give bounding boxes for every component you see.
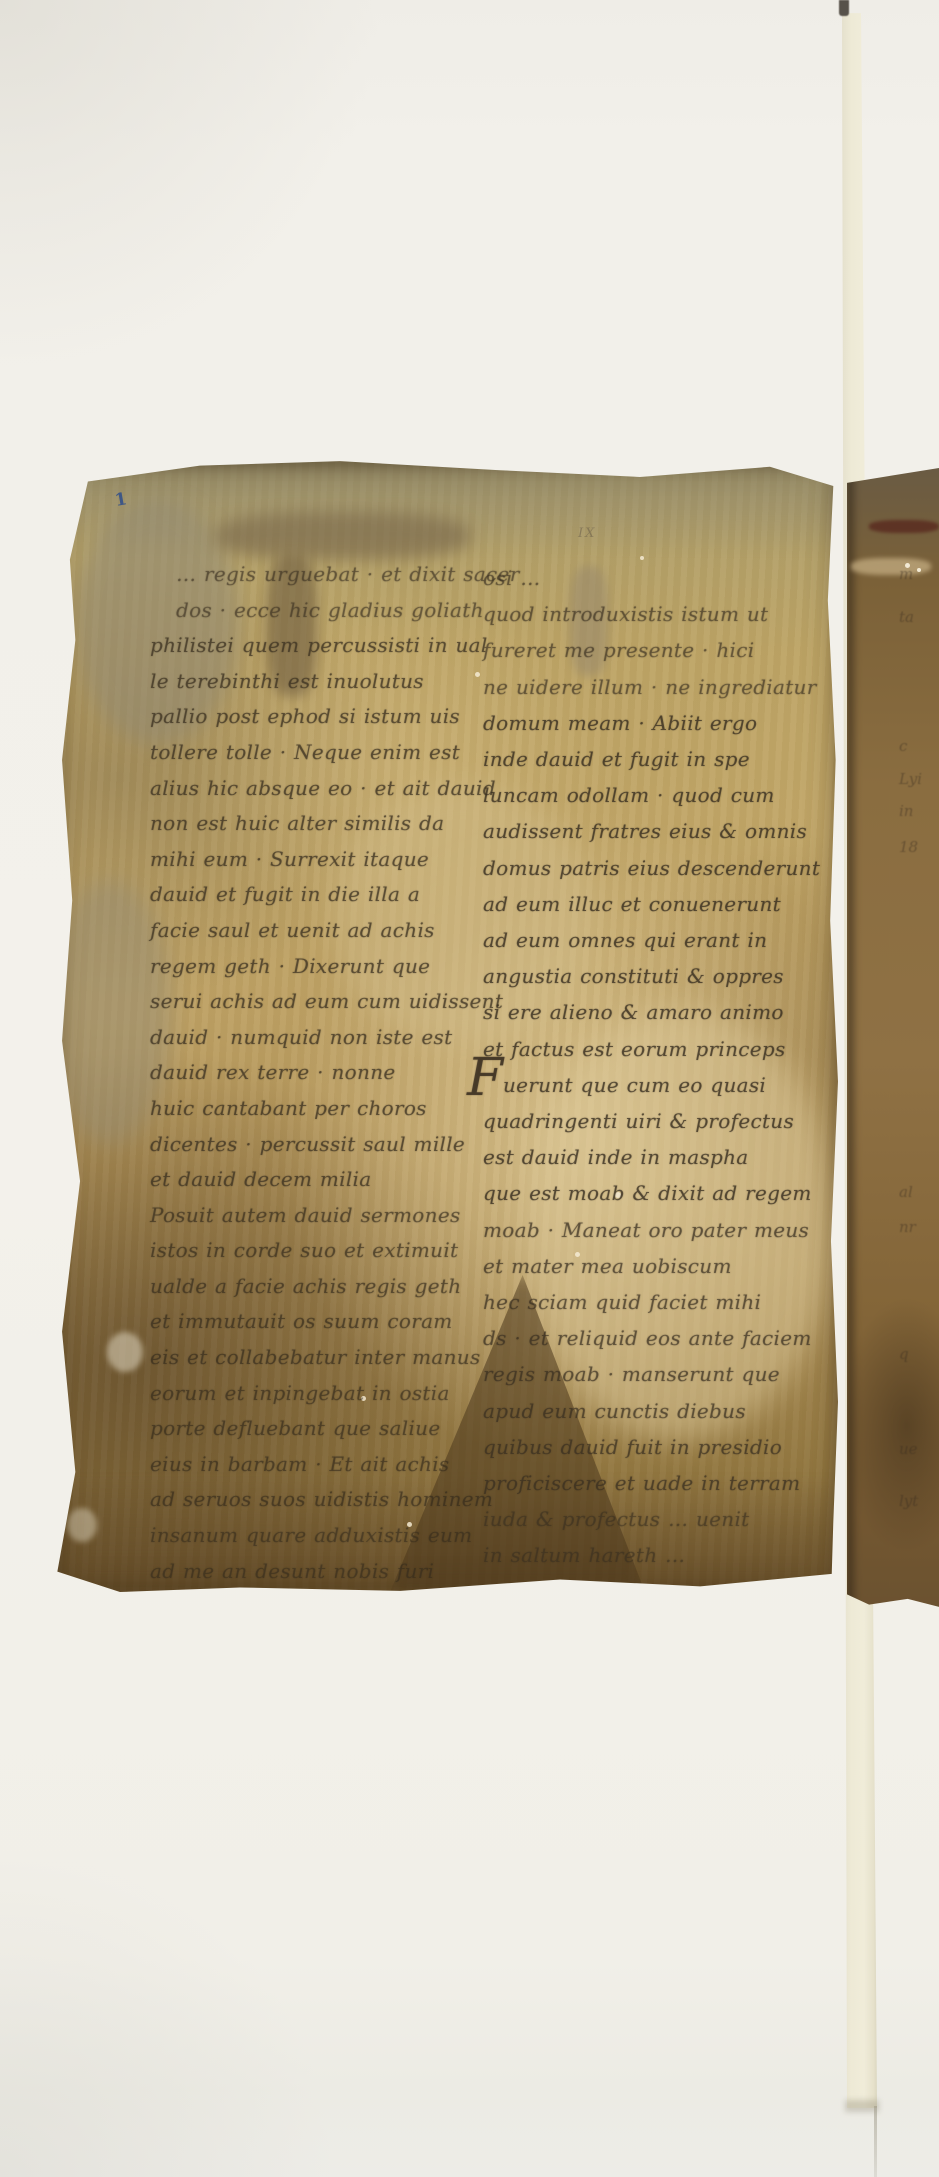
- strip-end-shadow: [845, 2100, 879, 2112]
- quire-mark: IX: [578, 526, 596, 541]
- fragment-ink-trace: Lyi: [899, 770, 939, 788]
- manuscript-line: dicentes · percussit saul mille: [150, 1127, 462, 1163]
- manuscript-line: angustia constituti & oppres: [483, 958, 835, 994]
- white-speck: [905, 563, 910, 568]
- manuscript-line: philistei quem percussisti in ual: [150, 628, 462, 664]
- drop-cap-initial: F: [467, 1052, 503, 1104]
- stain-top-band: [55, 460, 838, 556]
- manuscript-line: regem geth · Dixerunt que: [150, 949, 462, 985]
- leaf-edge-vignette: [55, 460, 838, 1592]
- manuscript-line: fureret me presente · hici: [483, 632, 835, 668]
- manuscript-line: mihi eum · Surrexit itaque: [150, 842, 462, 878]
- manuscript-line: iuda & profectus … uenit: [483, 1501, 835, 1537]
- white-speck: [361, 1396, 366, 1401]
- manuscript-line: non est huic alter similis da: [150, 806, 462, 842]
- manuscript-line: dauid rex terre · nonne: [150, 1055, 462, 1091]
- fragment-ink-trace: q: [899, 1345, 939, 1363]
- manuscript-line: ad seruos suos uidistis hominem: [150, 1482, 462, 1518]
- manuscript-line: osi …: [483, 560, 835, 596]
- manuscript-line: hec sciam quid faciet mihi: [483, 1284, 835, 1320]
- manuscript-line: quibus dauid fuit in presidio: [483, 1429, 835, 1465]
- manuscript-line: eius in barbam · Et ait achis: [150, 1447, 462, 1483]
- stain-streak: [267, 556, 317, 696]
- manuscript-line: et mater mea uobiscum: [483, 1248, 835, 1284]
- manuscript-line: facie saul et uenit ad achis: [150, 913, 462, 949]
- stain-pale-spot: [107, 1332, 143, 1372]
- white-speck: [615, 1192, 621, 1198]
- manuscript-line: ad me an desunt nobis furi: [150, 1554, 462, 1590]
- manuscript-line: serui achis ad eum cum uidissent: [150, 984, 462, 1020]
- manuscript-line: ds · et reliquid eos ante faciem: [483, 1320, 835, 1356]
- fragment-gutter-shadow: [847, 468, 859, 1608]
- manuscript-line: eorum et inpingebat in ostia: [150, 1376, 462, 1412]
- manuscript-line: quod introduxistis istum ut: [483, 596, 835, 632]
- manuscript-line: ualde a facie achis regis geth: [150, 1269, 462, 1305]
- fragment-red-streak: [869, 520, 939, 533]
- manuscript-line: si ere alieno & amaro animo: [483, 994, 835, 1030]
- fragment-ink-trace: lyt: [899, 1492, 939, 1510]
- binding-guard-strip: [840, 0, 880, 2110]
- manuscript-line: alius hic absque eo · et ait dauid: [150, 771, 462, 807]
- stain-smudge: [215, 512, 470, 560]
- stain-streak: [570, 566, 608, 676]
- fragment-ink-trace: 18: [899, 838, 939, 856]
- manuscript-line: regis moab · manserunt que: [483, 1356, 835, 1392]
- manuscript-line: istos in corde suo et extimuit: [150, 1233, 462, 1269]
- text-column-right: F osi …quod introduxistis istum utfurere…: [483, 560, 835, 1574]
- fragment-ink-trace: ue: [899, 1440, 939, 1458]
- manuscript-line: Posuit autem dauid sermones: [150, 1198, 462, 1234]
- manuscript-line: que est moab & dixit ad regem: [483, 1175, 835, 1211]
- manuscript-line: le terebinthi est inuolutus: [150, 664, 462, 700]
- white-speck: [575, 1252, 580, 1257]
- manuscript-line: domus patris eius descenderunt: [483, 850, 835, 886]
- manuscript-leaf: 1 IX … regis urguebat · et dixit sacerdo…: [55, 460, 838, 1592]
- manuscript-photograph: 1 IX … regis urguebat · et dixit sacerdo…: [0, 0, 939, 2177]
- manuscript-line: proficiscere et uade in terram: [483, 1465, 835, 1501]
- white-speck: [640, 556, 644, 560]
- manuscript-line: dauid · numquid non iste est: [150, 1020, 462, 1056]
- manuscript-line: uerunt que cum eo quasi: [483, 1067, 835, 1103]
- white-speck: [917, 568, 921, 572]
- manuscript-line: et dauid decem milia: [150, 1162, 462, 1198]
- white-speck: [407, 1522, 412, 1527]
- stain-dark-wedge: [390, 1275, 645, 1592]
- manuscript-line: … regis urguebat · et dixit sacer: [150, 557, 462, 593]
- text-column-left: … regis urguebat · et dixit sacerdos · e…: [150, 557, 462, 1589]
- manuscript-line: inde dauid et fugit in spe: [483, 741, 835, 777]
- manuscript-line: dauid et fugit in die illa a: [150, 877, 462, 913]
- fragment-scrape-band: [851, 558, 931, 575]
- parchment-light-patch: [330, 785, 595, 1045]
- strip-top-notch: [839, 0, 849, 16]
- parchment-light-patch: [525, 1010, 835, 1440]
- stain-pale-spot: [67, 1508, 97, 1542]
- manuscript-line: dos · ecce hic gladius goliath: [150, 593, 462, 629]
- manuscript-line: in saltum hareth …: [483, 1537, 835, 1573]
- white-speck: [475, 672, 480, 677]
- fragment-ink-trace: ta: [899, 608, 939, 626]
- fragment-ink-trace: al: [899, 1183, 939, 1201]
- folio-number: 1: [113, 489, 128, 511]
- manuscript-line: et factus est eorum princeps: [483, 1031, 835, 1067]
- manuscript-line: tollere tolle · Neque enim est: [150, 735, 462, 771]
- manuscript-line: ad eum illuc et conuenerunt: [483, 886, 835, 922]
- manuscript-line: moab · Maneat oro pater meus: [483, 1212, 835, 1248]
- stain-gray-patch: [47, 880, 172, 1145]
- manuscript-line: insanum quare adduxistis eum: [150, 1518, 462, 1554]
- manuscript-line: eis et collabebatur inter manus: [150, 1340, 462, 1376]
- stain-bottom-band: [55, 1475, 838, 1592]
- manuscript-line: apud eum cunctis diebus: [483, 1393, 835, 1429]
- manuscript-line: pallio post ephod si istum uis: [150, 699, 462, 735]
- fragment-ink-trace: in: [899, 802, 939, 820]
- manuscript-line: huic cantabant per choros: [150, 1091, 462, 1127]
- strip-tail-line: [874, 2106, 877, 2177]
- stain-gray-patch: [75, 500, 240, 745]
- manuscript-line: domum meam · Abiit ergo: [483, 705, 835, 741]
- manuscript-line: ad eum omnes qui erant in: [483, 922, 835, 958]
- manuscript-line: porte defluebant que saliue: [150, 1411, 462, 1447]
- manuscript-line: est dauid inde in maspha: [483, 1139, 835, 1175]
- manuscript-line: et immutauit os suum coram: [150, 1304, 462, 1340]
- manuscript-line: quadringenti uiri & profectus: [483, 1103, 835, 1139]
- fragment-ink-trace: m: [899, 565, 939, 583]
- fragment-ink-trace: nr: [899, 1218, 939, 1236]
- manuscript-line: luncam odollam · quod cum: [483, 777, 835, 813]
- adjacent-leaf-fragment: mtacLyiin18alnrquelyt: [847, 468, 939, 1608]
- fragment-ink-trace: c: [899, 737, 939, 755]
- manuscript-line: ne uidere illum · ne ingrediatur: [483, 669, 835, 705]
- manuscript-line: audissent fratres eius & omnis: [483, 813, 835, 849]
